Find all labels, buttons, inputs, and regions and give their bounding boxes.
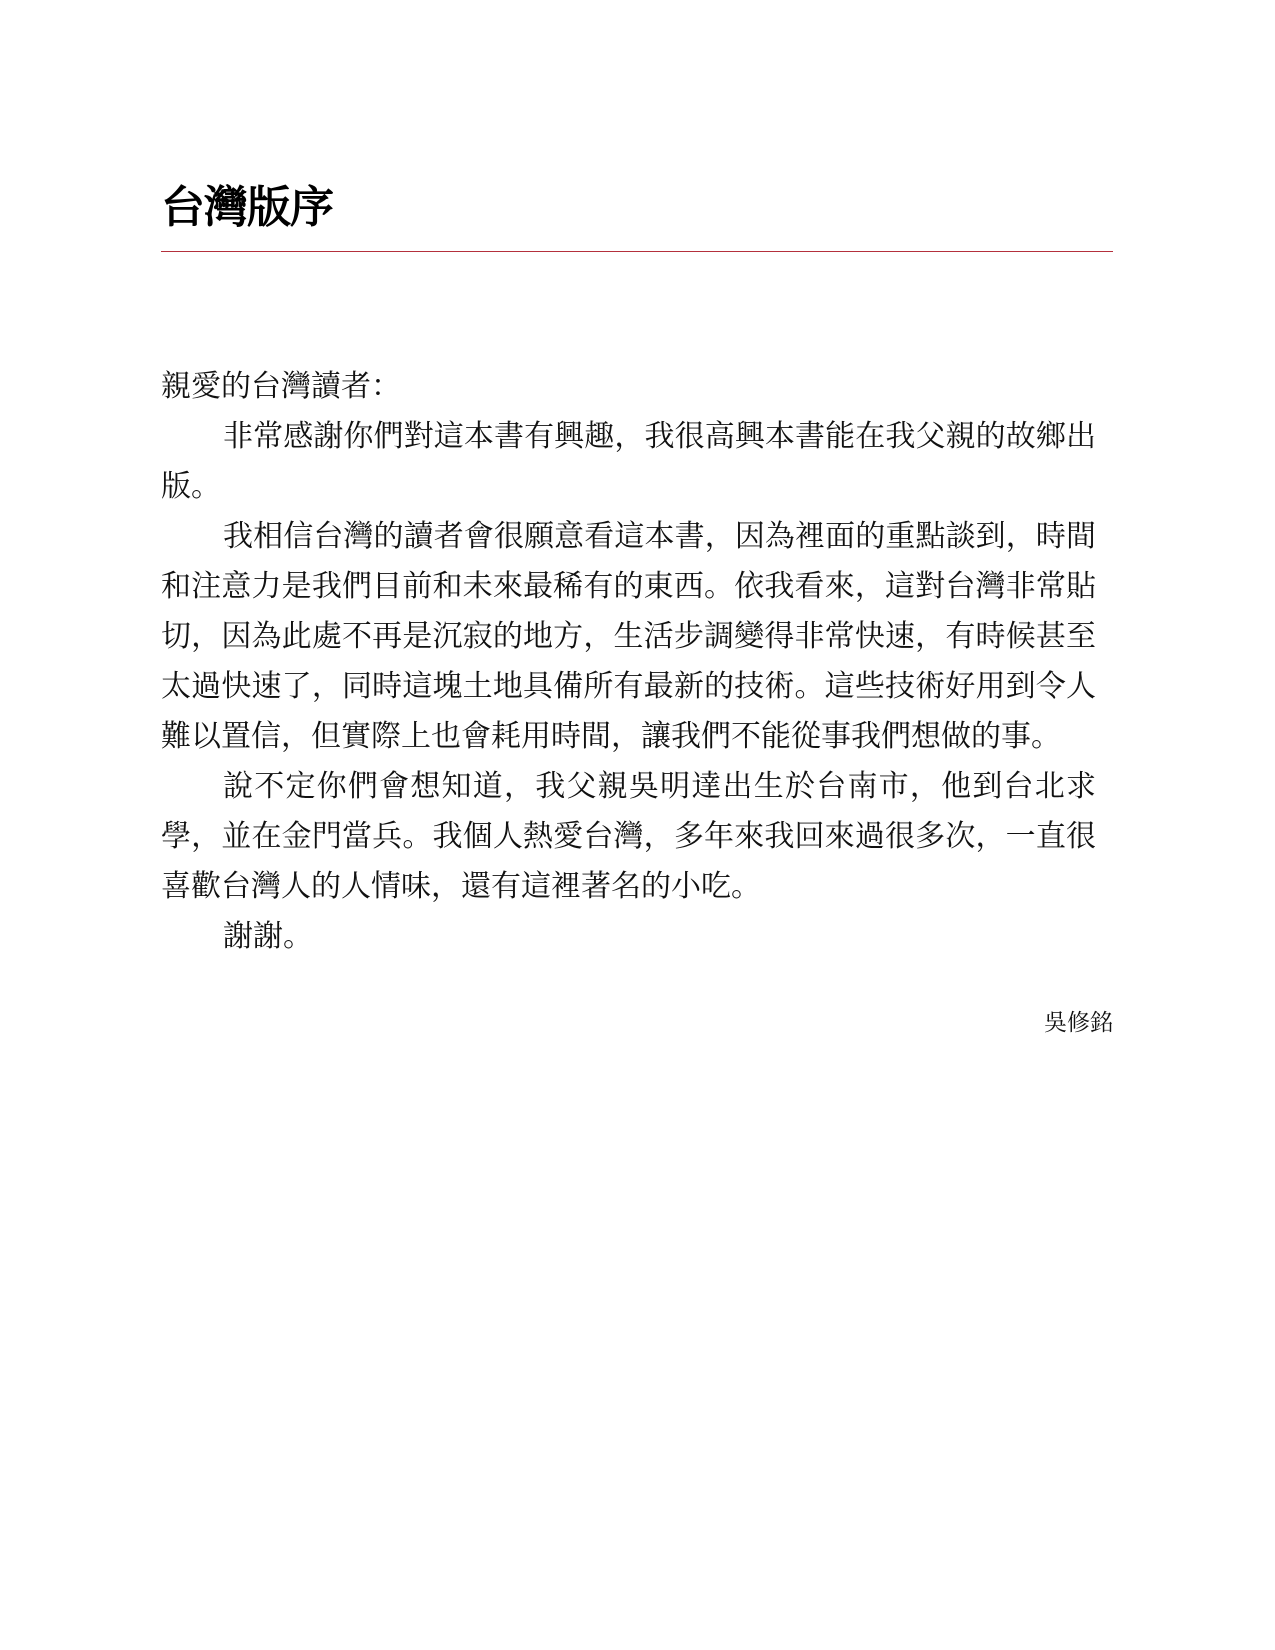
paragraph-3: 說不定你們會想知道，我父親吳明達出生於台南市，他到台北求學，並在金門當兵。我個人… [161, 762, 1096, 912]
author-signature: 吳修銘 [1044, 1008, 1113, 1038]
preface-body: 親愛的台灣讀者： 非常感謝你們對這本書有興趣，我很高興本書能在我父親的故鄉出版。… [161, 362, 1096, 962]
closing-thanks: 謝謝。 [161, 912, 1096, 962]
paragraph-2: 我相信台灣的讀者會很願意看這本書，因為裡面的重點談到，時間和注意力是我們目前和未… [161, 512, 1096, 762]
title-divider [161, 251, 1113, 252]
paragraph-1: 非常感謝你們對這本書有興趣，我很高興本書能在我父親的故鄉出版。 [161, 412, 1096, 512]
page-title: 台灣版序 [161, 182, 333, 234]
salutation: 親愛的台灣讀者： [161, 362, 1096, 412]
